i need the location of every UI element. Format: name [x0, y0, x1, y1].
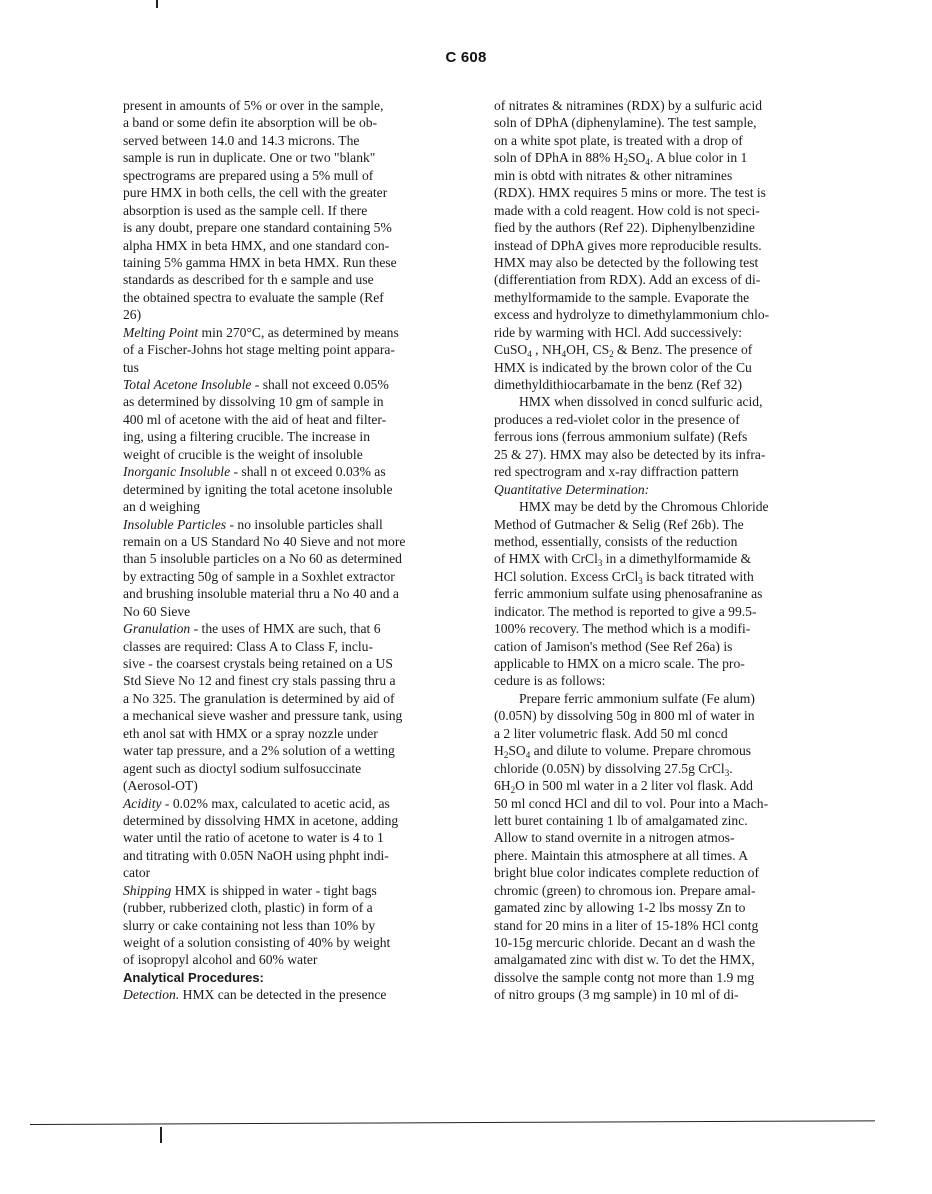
inorganic-insoluble-label: Inorganic Insoluble	[123, 464, 230, 479]
right-column: of nitrates & nitramines (RDX) by a sulf…	[494, 97, 830, 1004]
total-acetone-insoluble-text: - shall not exceed 0.05%	[251, 377, 388, 392]
text-line: applicable to HMX on a micro scale. The …	[494, 655, 830, 672]
text-line: water until the ratio of acetone to wate…	[123, 829, 468, 846]
text-line: Allow to stand overnite in a nitrogen at…	[494, 829, 830, 846]
text-line: determined by igniting the total acetone…	[123, 481, 468, 498]
granulation-text: - the uses of HMX are such, that 6	[190, 621, 380, 636]
text-line: eth anol sat with HMX or a spray nozzle …	[123, 725, 468, 742]
text-line: No 60 Sieve	[123, 603, 468, 620]
melting-point-label: Melting Point	[123, 325, 198, 340]
paragraph-start: HMX when dissolved in concd sulfuric aci…	[494, 393, 830, 410]
text-line: than 5 insoluble particles on a No 60 as…	[123, 550, 468, 567]
acidity-line: Acidity - 0.02% max, calculated to aceti…	[123, 795, 468, 812]
text-line: cedure is as follows:	[494, 672, 830, 689]
text-line: cator	[123, 864, 468, 881]
text-line: chromic (green) to chromous ion. Prepare…	[494, 882, 830, 899]
melting-point-text: min 270°C, as determined by means	[198, 325, 399, 340]
text-line: ferric ammonium sulfate using phenosafra…	[494, 585, 830, 602]
text-line: ing, using a filtering crucible. The inc…	[123, 428, 468, 445]
left-column: present in amounts of 5% or over in the …	[123, 97, 468, 1004]
acidity-label: Acidity	[123, 796, 162, 811]
analytical-procedures-heading: Analytical Procedures:	[123, 969, 468, 986]
paragraph-start: Prepare ferric ammonium sulfate (Fe alum…	[494, 690, 830, 707]
text-line: red spectrogram and x-ray diffraction pa…	[494, 463, 830, 480]
quantitative-determination-heading: Quantitative Determination:	[494, 481, 830, 498]
text-line-formula: HCl solution. Excess CrCl3 is back titra…	[494, 568, 830, 585]
text-line: 10-15g mercuric chloride. Decant an d wa…	[494, 934, 830, 951]
detection-label: Detection.	[123, 987, 179, 1002]
text-line: an d weighing	[123, 498, 468, 515]
text-line-formula: of HMX with CrCl3 in a dimethylformamide…	[494, 550, 830, 567]
text-line: lett buret containing 1 lb of amalgamate…	[494, 812, 830, 829]
paragraph-start: HMX may be detd by the Chromous Chloride	[494, 498, 830, 515]
text-line: standards as described for th e sample a…	[123, 271, 468, 288]
text-line: and brushing insoluble material thru a N…	[123, 585, 468, 602]
insoluble-particles-text: - no insoluble particles shall	[226, 517, 383, 532]
text-line: 400 ml of acetone with the aid of heat a…	[123, 411, 468, 428]
text-line-formula: 6H2O in 500 ml water in a 2 liter vol fl…	[494, 777, 830, 794]
text-line: sive - the coarsest crystals being retai…	[123, 655, 468, 672]
text-line: Method of Gutmacher & Selig (Ref 26b). T…	[494, 516, 830, 533]
text-line: remain on a US Standard No 40 Sieve and …	[123, 533, 468, 550]
text-line: Std Sieve No 12 and finest cry stals pas…	[123, 672, 468, 689]
text-line: HMX is indicated by the brown color of t…	[494, 359, 830, 376]
text-line: of nitrates & nitramines (RDX) by a sulf…	[494, 97, 830, 114]
melting-point-line: Melting Point min 270°C, as determined b…	[123, 324, 468, 341]
text-line-formula: chloride (0.05N) by dissolving 27.5g CrC…	[494, 760, 830, 777]
inorganic-insoluble-line: Inorganic Insoluble - shall n ot exceed …	[123, 463, 468, 480]
text-line: 25 & 27). HMX may also be detected by it…	[494, 446, 830, 463]
text-line: method, essentially, consists of the red…	[494, 533, 830, 550]
text-line: stand for 20 mins in a liter of 15-18% H…	[494, 917, 830, 934]
inorganic-insoluble-text: - shall n ot exceed 0.03% as	[230, 464, 386, 479]
text-line: tus	[123, 359, 468, 376]
text-line: slurry or cake containing not less than …	[123, 917, 468, 934]
text-line: (rubber, rubberized cloth, plastic) in f…	[123, 899, 468, 916]
text-line: (differentiation from RDX). Add an exces…	[494, 271, 830, 288]
text-line: amalgamated zinc with dist w. To det the…	[494, 951, 830, 968]
text-line: 50 ml concd HCl and dil to vol. Pour int…	[494, 795, 830, 812]
text-line: soln of DPhA (diphenylamine). The test s…	[494, 114, 830, 131]
text-line: weight of a solution consisting of 40% b…	[123, 934, 468, 951]
page-number-header: C 608	[0, 49, 932, 66]
text-line: present in amounts of 5% or over in the …	[123, 97, 468, 114]
text-line: dimethyldithiocarbamate in the benz (Ref…	[494, 376, 830, 393]
text-line: dissolve the sample contg not more than …	[494, 969, 830, 986]
text-line: methylformamide to the sample. Evaporate…	[494, 289, 830, 306]
text-line: by extracting 50g of sample in a Soxhlet…	[123, 568, 468, 585]
text-line: as determined by dissolving 10 gm of sam…	[123, 393, 468, 410]
text-line: and titrating with 0.05N NaOH using phph…	[123, 847, 468, 864]
text-line: (0.05N) by dissolving 50g in 800 ml of w…	[494, 707, 830, 724]
detection-line: Detection. HMX can be detected in the pr…	[123, 986, 468, 1003]
text-line: instead of DPhA gives more reproducible …	[494, 237, 830, 254]
text-line: agent such as dioctyl sodium sulfosuccin…	[123, 760, 468, 777]
scan-mark-top	[156, 0, 158, 8]
detection-text: HMX can be detected in the presence	[179, 987, 386, 1002]
text-line: is any doubt, prepare one standard conta…	[123, 219, 468, 236]
text-line: a band or some defin ite absorption will…	[123, 114, 468, 131]
text-line: a 2 liter volumetric flask. Add 50 ml co…	[494, 725, 830, 742]
text-line: fied by the authors (Ref 22). Diphenylbe…	[494, 219, 830, 236]
text-line: ride by warming with HCl. Add successive…	[494, 324, 830, 341]
shipping-text: HMX is shipped in water - tight bags	[171, 883, 376, 898]
insoluble-particles-label: Insoluble Particles	[123, 517, 226, 532]
text-line: of a Fischer-Johns hot stage melting poi…	[123, 341, 468, 358]
text-line: weight of crucible is the weight of inso…	[123, 446, 468, 463]
text-line: 26)	[123, 306, 468, 323]
text-line: spectrograms are prepared using a 5% mul…	[123, 167, 468, 184]
text-line: water tap pressure, and a 2% solution of…	[123, 742, 468, 759]
text-line: of isopropyl alcohol and 60% water	[123, 951, 468, 968]
text-line: a No 325. The granulation is determined …	[123, 690, 468, 707]
text-line: on a white spot plate, is treated with a…	[494, 132, 830, 149]
text-line: gamated zinc by allowing 1-2 lbs mossy Z…	[494, 899, 830, 916]
text-line: determined by dissolving HMX in acetone,…	[123, 812, 468, 829]
text-line: indicator. The method is reported to giv…	[494, 603, 830, 620]
text-line: (Aerosol-OT)	[123, 777, 468, 794]
granulation-label: Granulation	[123, 621, 190, 636]
text-line: pure HMX in both cells, the cell with th…	[123, 184, 468, 201]
text-line: a mechanical sieve washer and pressure t…	[123, 707, 468, 724]
text-line: served between 14.0 and 14.3 microns. Th…	[123, 132, 468, 149]
text-line: 100% recovery. The method which is a mod…	[494, 620, 830, 637]
text-line-formula: CuSO4 , NH4OH, CS2 & Benz. The presence …	[494, 341, 830, 358]
total-acetone-insoluble-label: Total Acetone Insoluble	[123, 377, 251, 392]
text-line: excess and hydrolyze to dimethylammonium…	[494, 306, 830, 323]
scan-mark-bottom	[160, 1127, 162, 1143]
text-line-formula: H2SO4 and dilute to volume. Prepare chro…	[494, 742, 830, 759]
text-line: min is obtd with nitrates & other nitram…	[494, 167, 830, 184]
text-line: made with a cold reagent. How cold is no…	[494, 202, 830, 219]
footer-rule	[30, 1120, 875, 1125]
shipping-label: Shipping	[123, 883, 171, 898]
text-line: ferrous ions (ferrous ammonium sulfate) …	[494, 428, 830, 445]
text-line: produces a red-violet color in the prese…	[494, 411, 830, 428]
text-line: phere. Maintain this atmosphere at all t…	[494, 847, 830, 864]
text-line: alpha HMX in beta HMX, and one standard …	[123, 237, 468, 254]
total-acetone-insoluble-line: Total Acetone Insoluble - shall not exce…	[123, 376, 468, 393]
text-line: taining 5% gamma HMX in beta HMX. Run th…	[123, 254, 468, 271]
text-line: cation of Jamison's method (See Ref 26a)…	[494, 638, 830, 655]
text-line: bright blue color indicates complete red…	[494, 864, 830, 881]
text-line: classes are required: Class A to Class F…	[123, 638, 468, 655]
text-line-formula: soln of DPhA in 88% H2SO4. A blue color …	[494, 149, 830, 166]
text-line: (RDX). HMX requires 5 mins or more. The …	[494, 184, 830, 201]
text-line: the obtained spectra to evaluate the sam…	[123, 289, 468, 306]
granulation-line: Granulation - the uses of HMX are such, …	[123, 620, 468, 637]
insoluble-particles-line: Insoluble Particles - no insoluble parti…	[123, 516, 468, 533]
text-line: absorption is used as the sample cell. I…	[123, 202, 468, 219]
text-line: of nitro groups (3 mg sample) in 10 ml o…	[494, 986, 830, 1003]
text-line: HMX may also be detected by the followin…	[494, 254, 830, 271]
acidity-text: - 0.02% max, calculated to acetic acid, …	[162, 796, 390, 811]
shipping-line: Shipping HMX is shipped in water - tight…	[123, 882, 468, 899]
text-line: sample is run in duplicate. One or two "…	[123, 149, 468, 166]
